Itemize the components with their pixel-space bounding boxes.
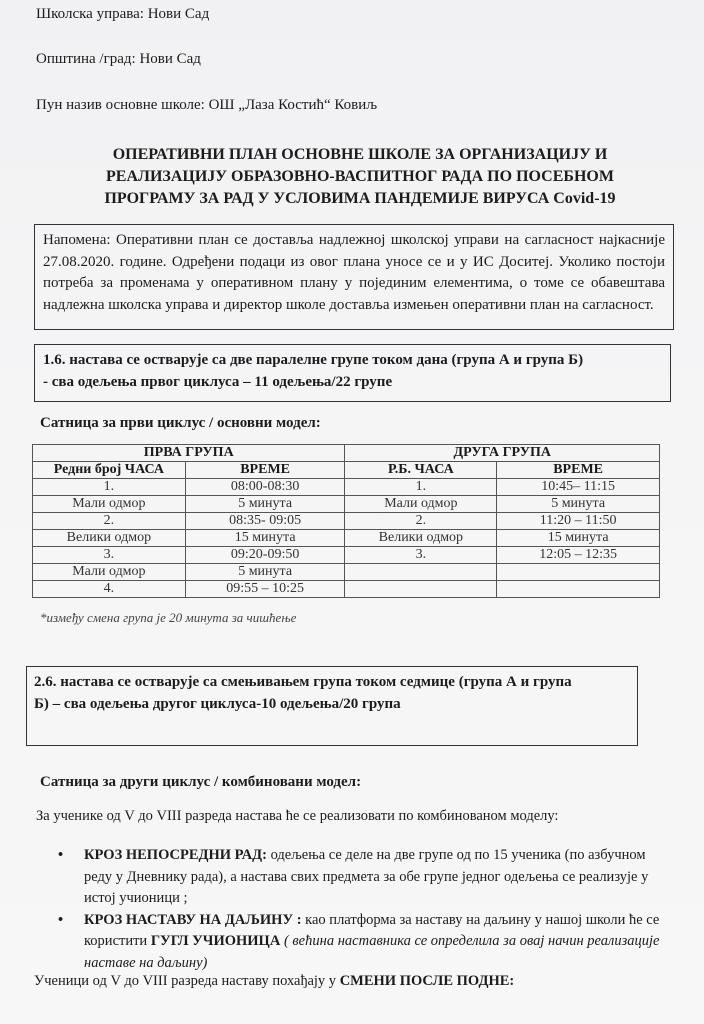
group-1-lesson-cell: 1. — [33, 479, 186, 496]
group-2-lesson-cell: 2. — [345, 513, 497, 530]
group-1-lesson-cell: 2. — [33, 513, 186, 530]
group-2-time-cell: 11:20 – 11:50 — [497, 513, 660, 530]
section-1-6-line-2: - сва одељења првог циклуса – 11 одељења… — [43, 371, 662, 393]
section-1-6-box: 1.6. настава се остварује са две паралел… — [34, 344, 671, 402]
municipality: Општина /град: Нови Сад — [36, 51, 201, 68]
title-line-1: ОПЕРАТИВНИ ПЛАН ОСНОВНЕ ШКОЛЕ ЗА ОРГАНИЗ… — [60, 144, 660, 166]
group-1-lesson-cell: Мали одмор — [33, 496, 186, 513]
group-2-time-cell — [497, 564, 660, 581]
table-row: 1.08:00-08:301.10:45– 11:15 — [33, 479, 660, 496]
schedule-2-intro: За ученике од V до VIII разреда настава … — [36, 808, 558, 825]
school-name: Пун назив основне школе: ОШ „Лаза Костић… — [36, 97, 377, 114]
bullet-dot-icon: • — [58, 910, 63, 932]
bullet-direct-work: • КРОЗ НЕПОСРЕДНИ РАД: одељења се деле н… — [58, 845, 668, 910]
section-2-6-line-2: Б) – сва одељења другог циклуса-10 одеље… — [34, 693, 630, 715]
afternoon-shift-line: Ученици од V до VIII разреда наставу пох… — [34, 973, 514, 990]
note-box: Напомена: Оперативни план се доставља на… — [34, 224, 674, 330]
group-2-col-time: ВРЕМЕ — [497, 462, 660, 479]
table-row: Велики одмор15 минутаВелики одмор15 мину… — [33, 530, 660, 547]
table-row: 4.09:55 – 10:25 — [33, 581, 660, 598]
group-2-lesson-cell — [345, 581, 497, 598]
google-classroom-label: ГУГЛ УЧИОНИЦА — [151, 933, 280, 949]
group-2-lesson-cell: Велики одмор — [345, 530, 497, 547]
group-1-lesson-cell: Велики одмор — [33, 530, 186, 547]
group-1-lesson-cell: 3. — [33, 547, 186, 564]
school-authority: Школска управа: Нови Сад — [36, 6, 209, 23]
schedule-2-heading: Сатница за други циклус / комбиновани мо… — [40, 774, 361, 791]
schedule-1-heading: Сатница за први циклус / основни модел: — [40, 415, 321, 432]
group-2-time-cell: 12:05 – 12:35 — [497, 547, 660, 564]
group-1-time-cell: 5 минута — [185, 564, 345, 581]
table-row: 3.09:20-09:503.12:05 – 12:35 — [33, 547, 660, 564]
group-2-lesson-cell: 3. — [345, 547, 497, 564]
document-page: Школска управа: Нови Сад Општина /град: … — [0, 0, 704, 1024]
bullet-dot-icon: • — [58, 845, 63, 867]
group-1-title: ПРВА ГРУПА — [33, 445, 345, 462]
group-2-time-cell: 5 минута — [497, 496, 660, 513]
bullet-distance-learning: • КРОЗ НАСТАВУ НА ДАЉИНУ : као платформа… — [58, 910, 668, 975]
group-1-col-time: ВРЕМЕ — [185, 462, 345, 479]
group-1-time-cell: 08:00-08:30 — [185, 479, 345, 496]
schedule-1-table: ПРВА ГРУПА ДРУГА ГРУПА Редни број ЧАСА В… — [32, 444, 660, 598]
note-text: Напомена: Оперативни план се доставља на… — [43, 230, 665, 316]
group-1-time-cell: 08:35- 09:05 — [185, 513, 345, 530]
title-line-2: РЕАЛИЗАЦИЈУ ОБРАЗОВНО-ВАСПИТНОГ РАДА ПО … — [60, 166, 660, 188]
group-2-col-lesson: Р.Б. ЧАСА — [345, 462, 497, 479]
group-2-lesson-cell — [345, 564, 497, 581]
bullet-2-bold: КРОЗ НАСТАВУ НА ДАЉИНУ : — [84, 912, 302, 928]
table-group-header-row: ПРВА ГРУПА ДРУГА ГРУПА — [33, 445, 660, 462]
bullet-1-bold: КРОЗ НЕПОСРЕДНИ РАД: — [84, 847, 267, 863]
table-column-header-row: Редни број ЧАСА ВРЕМЕ Р.Б. ЧАСА ВРЕМЕ — [33, 462, 660, 479]
group-1-col-lesson: Редни број ЧАСА — [33, 462, 186, 479]
section-1-6-line-1: 1.6. настава се остварује са две паралел… — [43, 349, 662, 371]
group-1-lesson-cell: Мали одмор — [33, 564, 186, 581]
group-2-time-cell: 10:45– 11:15 — [497, 479, 660, 496]
table-row: Мали одмор5 минута — [33, 564, 660, 581]
title-line-3: ПРОГРАМУ ЗА РАД У УСЛОВИМА ПАНДЕМИЈЕ ВИР… — [60, 188, 660, 210]
group-2-time-cell — [497, 581, 660, 598]
model-bullet-list: • КРОЗ НЕПОСРЕДНИ РАД: одељења се деле н… — [58, 845, 668, 974]
section-2-6-box: 2.6. настава се остварује са смењивањем … — [26, 666, 638, 746]
afternoon-shift-text: Ученици од V до VIII разреда наставу пох… — [34, 973, 340, 989]
group-2-lesson-cell: Мали одмор — [345, 496, 497, 513]
group-1-time-cell: 15 минута — [185, 530, 345, 547]
afternoon-shift-bold: СМЕНИ ПОСЛЕ ПОДНЕ: — [340, 973, 515, 989]
group-1-time-cell: 5 минута — [185, 496, 345, 513]
document-title: ОПЕРАТИВНИ ПЛАН ОСНОВНЕ ШКОЛЕ ЗА ОРГАНИЗ… — [60, 144, 660, 210]
table-row: Мали одмор5 минутаМали одмор5 минута — [33, 496, 660, 513]
section-2-6-line-1: 2.6. настава се остварује са смењивањем … — [34, 671, 630, 693]
group-2-lesson-cell: 1. — [345, 479, 497, 496]
schedule-footnote: *између смена група је 20 минута за чишћ… — [40, 610, 296, 626]
group-1-time-cell: 09:20-09:50 — [185, 547, 345, 564]
group-2-time-cell: 15 минута — [497, 530, 660, 547]
table-row: 2.08:35- 09:052.11:20 – 11:50 — [33, 513, 660, 530]
group-1-lesson-cell: 4. — [33, 581, 186, 598]
group-2-title: ДРУГА ГРУПА — [345, 445, 660, 462]
group-1-time-cell: 09:55 – 10:25 — [185, 581, 345, 598]
